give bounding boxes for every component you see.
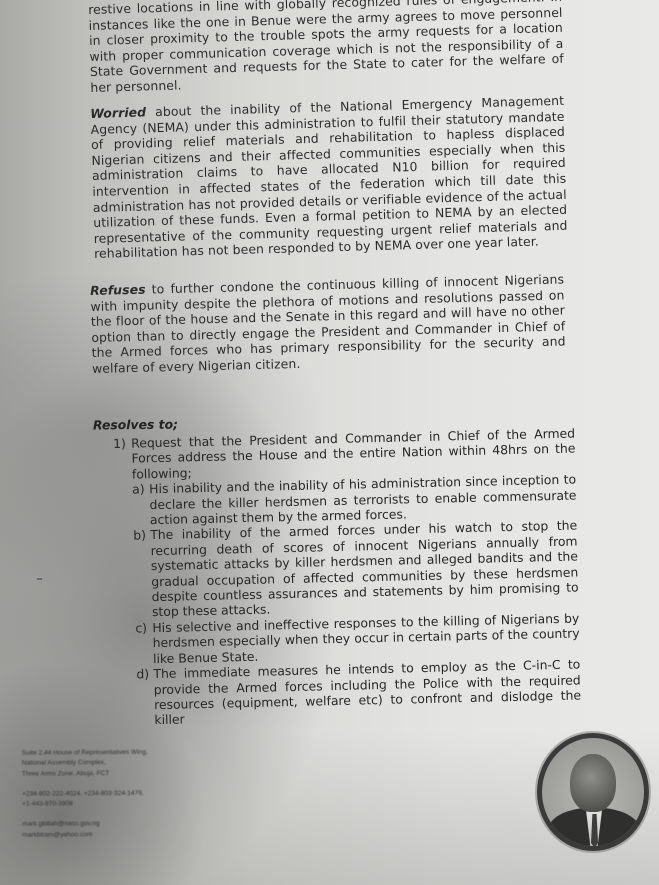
paragraph-lead-word: Worried (90, 104, 146, 121)
sub-item-letter: a) (132, 481, 150, 528)
paragraph-refuses: Refuses to further condone the continuou… (90, 271, 566, 376)
portrait-photo (537, 733, 649, 851)
paragraph-lead-word: Refuses (90, 282, 146, 298)
sub-item-text: The immediate measures he intends to emp… (153, 657, 581, 728)
sub-item-text: The inability of the armed forces under … (150, 518, 579, 620)
page-mark (37, 578, 42, 580)
sub-item-letter: b) (133, 528, 152, 621)
resolves-heading: Resolves to; (93, 417, 178, 433)
email-line: markbiram@yahoo.com (22, 829, 222, 841)
footer-contact-block: Suite 2.44 House of Representatives Wing… (22, 747, 223, 840)
paragraph-text: about the inability of the National Emer… (90, 93, 567, 262)
resolution-body: Request that the President and Commander… (131, 426, 582, 729)
paragraph-text: restive locations in line with globally … (88, 0, 564, 95)
resolutions-list: 1) Request that the President and Comman… (113, 426, 582, 729)
portrait-head (570, 754, 616, 812)
paragraph-restive-locations: restive locations in line with globally … (88, 0, 564, 96)
resolution-item: 1) Request that the President and Comman… (113, 426, 582, 729)
paragraph-text: to further condone the continuous killin… (90, 271, 565, 376)
document-photo: restive locations in line with globally … (0, 0, 659, 885)
resolution-sub-list: a) His inability and the inability of hi… (132, 472, 581, 729)
paragraph-worried: Worried about the inability of the Natio… (90, 93, 568, 262)
sub-item-letter: c) (135, 620, 153, 667)
resolution-sub-item-b: b) The inability of the armed forces und… (133, 518, 579, 620)
resolution-sub-item-d: d) The immediate measures he intends to … (136, 657, 581, 729)
sub-item-letter: d) (136, 666, 154, 728)
